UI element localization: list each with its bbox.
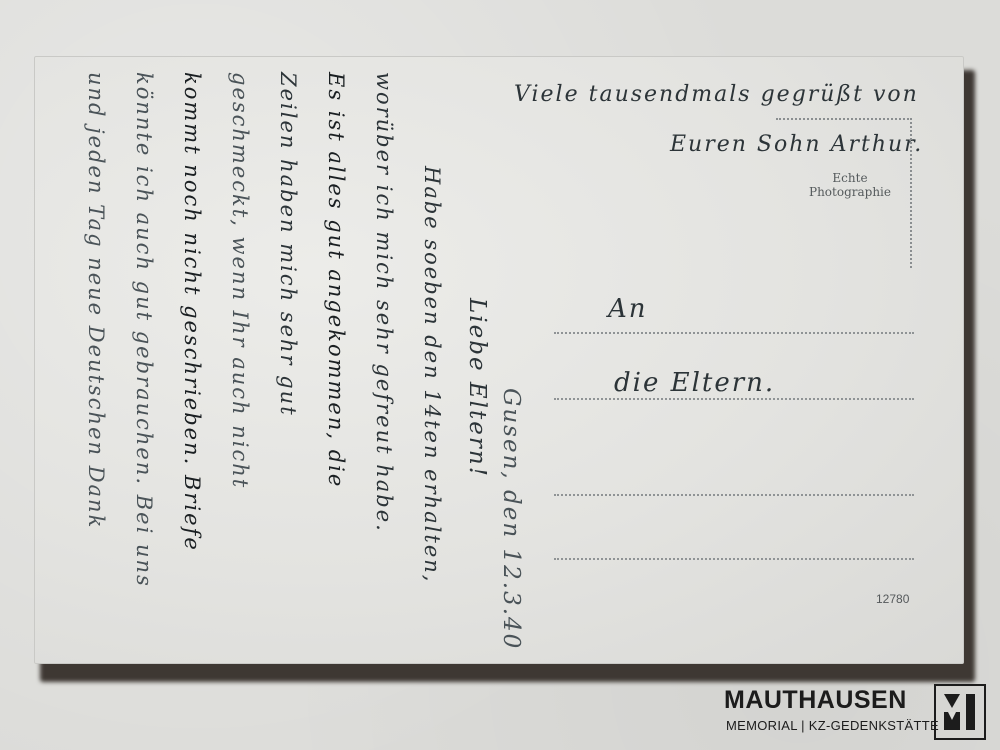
stamp-text-photographie: Photographie <box>794 185 906 199</box>
handwritten-message: Gusen, den 12.3.40 Liebe Eltern! Habe so… <box>54 68 524 664</box>
message-line-4: Zeilen haben mich sehr gut <box>276 72 300 417</box>
logo-subtitle: MEMORIAL | KZ-GEDENKSTÄTTE <box>726 718 939 733</box>
place-date: Gusen, den 12.3.40 <box>498 388 524 650</box>
mauthausen-m-logo-icon <box>934 684 986 740</box>
serial-number: 12780 <box>876 592 909 606</box>
message-line-2: worüber ich mich sehr gefreut habe. <box>372 72 396 533</box>
address-dotted-line-3 <box>554 494 914 496</box>
stamp-text-echte: Echte <box>794 171 906 185</box>
address-dotted-line-4 <box>554 558 914 560</box>
message-line-5: geschmeckt, wenn Ihr auch nicht <box>228 72 252 489</box>
message-line-1: Habe soeben den 14ten erhalten, <box>420 166 444 583</box>
message-line-3: Es ist alles gut angekommen, die <box>324 72 348 488</box>
message-line-7: könnte ich auch gut gebrauchen. Bei uns <box>132 72 156 588</box>
greeting-line-1: Viele tausendmals gegrüßt von <box>514 82 919 107</box>
address-line-1: An <box>608 294 648 324</box>
address-dotted-line-1 <box>554 332 914 334</box>
message-line-8: und jeden Tag neue Deutschen Dank <box>84 72 108 529</box>
salutation: Liebe Eltern! <box>464 298 490 478</box>
postcard-back: Viele tausendmals gegrüßt von Euren Sohn… <box>34 56 964 664</box>
stamp-box-label: Echte Photographie <box>794 171 906 199</box>
m-glyph-icon <box>936 686 984 738</box>
logo-title: MAUTHAUSEN <box>724 686 907 715</box>
address-dotted-line-2 <box>554 398 914 400</box>
mauthausen-memorial-logo: MAUTHAUSEN MEMORIAL | KZ-GEDENKSTÄTTE <box>724 684 990 742</box>
message-line-6: kommt noch nicht geschrieben. Briefe <box>180 72 204 552</box>
address-line-2: die Eltern. <box>614 368 775 398</box>
